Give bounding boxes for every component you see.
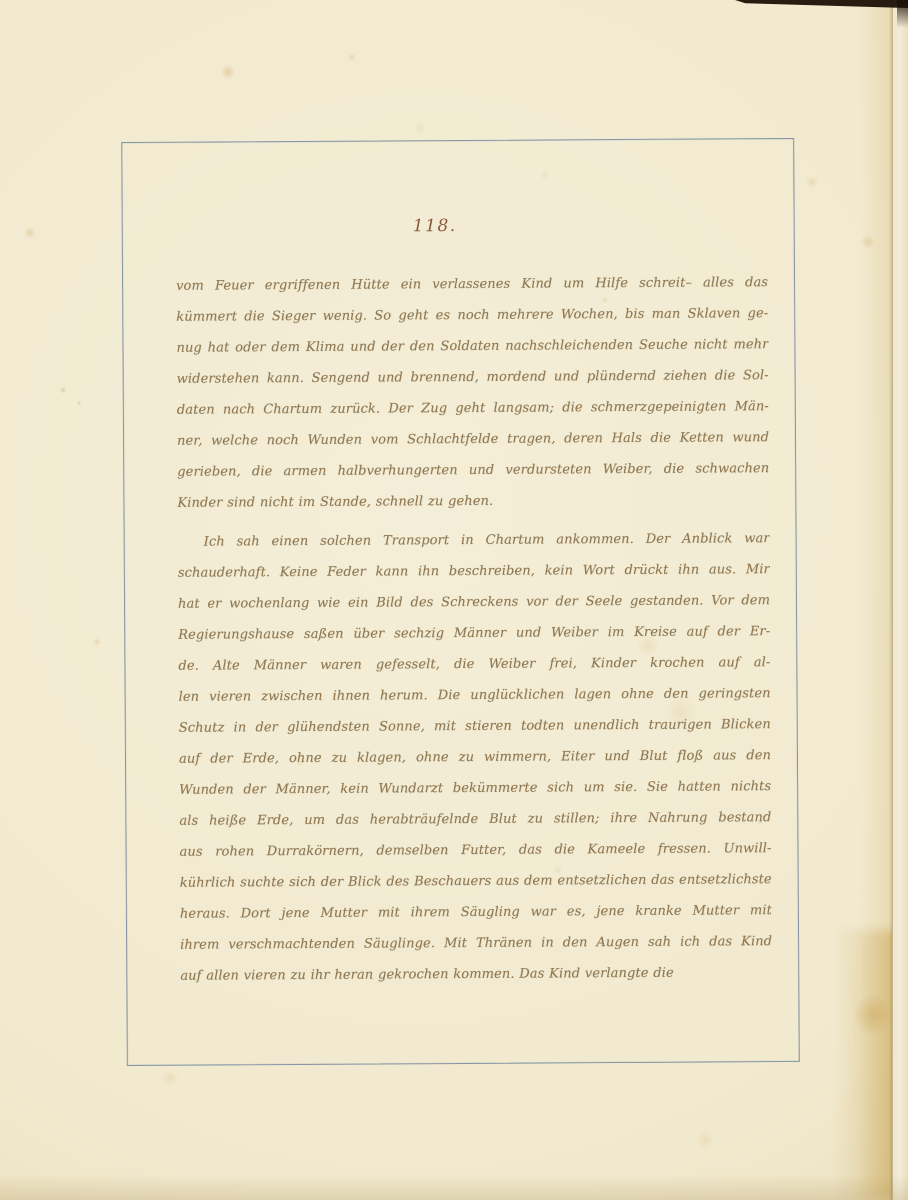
manuscript-line: auf der Erde, ohne zu klagen, ohne zu wi… [179, 740, 771, 775]
paragraph-2: Ich sah einen solchen Transport in Chart… [178, 523, 773, 992]
manuscript-line: ihrem verschmachtenden Säuglinge. Mit Th… [180, 926, 772, 961]
manuscript-line: aus rohen Durrakörnern, demselben Futter… [179, 833, 771, 868]
manuscript-line: gerieben, die armen halbverhungerten und… [177, 453, 769, 488]
manuscript-line: Kinder sind nicht im Stande, schnell zu … [177, 484, 769, 519]
book-page-photo: 118. vom Feuer ergriffenen Hütte ein ver… [0, 0, 908, 1200]
manuscript-line: schauderhaft. Keine Feder kann ihn besch… [178, 554, 770, 589]
manuscript-line: nug hat oder dem Klima und der den Solda… [176, 329, 768, 364]
manuscript-line: Schutz in der glühendsten Sonne, mit sti… [179, 709, 771, 744]
manuscript-line: hat er wochenlang wie ein Bild des Schre… [178, 585, 770, 620]
manuscript-line: kührlich suchte sich der Blick des Besch… [180, 864, 772, 899]
manuscript-line: Wunden der Männer, kein Wundarzt bekümme… [179, 771, 771, 806]
manuscript-line: widerstehen kann. Sengend und brennend, … [177, 360, 769, 395]
manuscript-line: len vieren zwischen ihnen herum. Die ung… [178, 678, 770, 713]
manuscript-line: daten nach Chartum zurück. Der Zug geht … [177, 391, 769, 426]
manuscript-line: ner, welche noch Wunden vom Schlachtfeld… [177, 422, 769, 457]
manuscript-line: heraus. Dort jene Mutter mit ihrem Säugl… [180, 895, 772, 930]
manuscript-line: als heiße Erde, um das herabträufelnde B… [179, 802, 771, 837]
handwritten-text: vom Feuer ergriffenen Hütte ein verlasse… [176, 267, 772, 992]
manuscript-line: kümmert die Sieger wenig. So geht es noc… [176, 298, 768, 333]
paragraph-1: vom Feuer ergriffenen Hütte ein verlasse… [176, 267, 770, 519]
manuscript-line: vom Feuer ergriffenen Hütte ein verlasse… [176, 267, 768, 302]
manuscript-line: Regierungshause saßen über sechzig Männe… [178, 616, 770, 651]
manuscript-line: de. Alte Männer waren gefesselt, die Wei… [178, 647, 770, 682]
manuscript-line: auf allen vieren zu ihr heran gekrochen … [180, 957, 772, 992]
manuscript-line: Ich sah einen solchen Transport in Chart… [178, 523, 770, 558]
page-number: 118. [390, 216, 480, 237]
written-area: 118. vom Feuer ergriffenen Hütte ein ver… [0, 0, 908, 1200]
